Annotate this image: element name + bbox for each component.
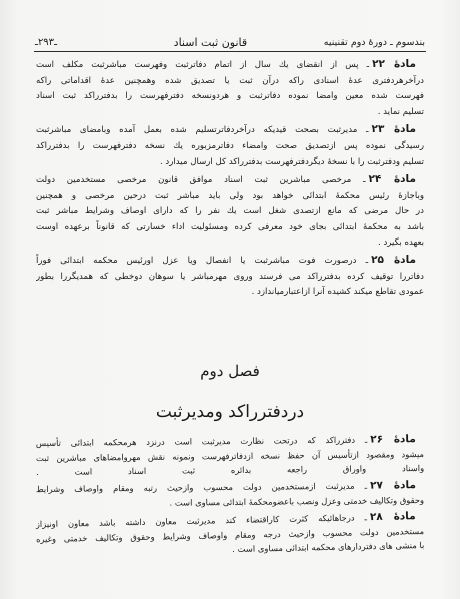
article-text-line: ـ مدیرثبت بصحت قیدیکه درآخردفاترتسلیم شد…: [36, 125, 369, 135]
article-text-line: ـ پس از انقضای یك سال از اتمام دفاترثبت …: [36, 60, 369, 70]
chapter-number: فصل دوم: [0, 362, 460, 388]
header-law-title: قانون ثبت اسناد: [174, 36, 247, 49]
article-text-line: باشد به محکمهٔ ابتدائی بجای خود معرفی کر…: [36, 220, 424, 236]
articles-section-top: مادهٔ ۲۲ـ پس از انقضای یك سال از اتمام د…: [36, 57, 424, 303]
article-text-line: درآخرهردفتری عدهٔ اسنادی راکه درآن ثبت ی…: [36, 74, 424, 90]
article-label: مادهٔ ۲۵: [371, 254, 424, 266]
article-text-line: ـ درصورت فوت مباشرثبت یا انفصال ویا عزل …: [36, 256, 368, 266]
article-text-line: تسلیم نماید .: [36, 105, 424, 121]
article-text-line: رسیدگی نموده پس ازتصدیق صحت وامضاء دفاتر…: [36, 139, 424, 155]
article-text-line: ـ مرخصی مباشرین ثبت اسناد موافق قانون مر…: [36, 175, 366, 185]
article-text-line: تسلیم ودفترثبت را با نسخهٔ دیگردفترفهرست…: [36, 155, 424, 171]
article-text-line: وباجازهٔ رئیس محکمهٔ ابتدائی خواهد بود و…: [36, 189, 424, 205]
article-text-line: بعهده بگیرد .: [36, 236, 424, 252]
running-header: بندسوم ـ دورهٔ دوم تقنینیه قانون ثبت اسن…: [35, 34, 425, 50]
page-number: ـ۲۹۳ـ: [35, 37, 57, 48]
articles-section-bottom: مادهٔ ۲۶ـ دفترراکد که درتحت نظارت مدیرثب…: [36, 432, 424, 555]
article-26: مادهٔ ۲۶ـ دفترراکد که درتحت نظارت مدیرثب…: [36, 432, 424, 480]
article-24: مادهٔ ۲۴ـ مرخصی مباشرین ثبت اسناد موافق …: [36, 172, 424, 251]
chapter-title: دردفترراکد ومدیرثبت: [0, 402, 460, 422]
article-text-line: فهرست شده معین وامضا نموده دفاترثبت و هر…: [36, 89, 424, 105]
article-text-line: ـ مدیرثبت ازمستخدمین دولت محسوب وازحیث ر…: [36, 480, 367, 493]
article-text-line: واسناد واوراق راجعه بدائره ثبت اسناد است…: [36, 461, 424, 480]
article-label: مادهٔ ۲۶: [370, 433, 424, 446]
article-text-line: در حال مرضی که مانع ازتصدی شغل است یك نف…: [36, 204, 424, 220]
article-22: مادهٔ ۲۲ـ پس از انقضای یك سال از اتمام د…: [36, 57, 424, 120]
document-page: بندسوم ـ دورهٔ دوم تقنینیه قانون ثبت اسن…: [0, 0, 460, 599]
article-label: مادهٔ ۲۷: [370, 479, 424, 492]
article-27: مادهٔ ۲۷ـ مدیرثبت ازمستخدمین دولت محسوب …: [36, 478, 424, 511]
chapter-heading: فصل دوم دردفترراکد ومدیرثبت: [0, 362, 460, 422]
article-28: مادهٔ ۲۸ـ درجاهائیکه کثرت کاراقتضاء کند …: [36, 509, 425, 561]
header-divider: [34, 51, 426, 52]
article-text-line: دفاتررا توقیف کرده بدفترراکد می فرستد ور…: [36, 270, 424, 286]
article-label: مادهٔ ۲۴: [369, 173, 425, 185]
article-label: مادهٔ ۲۲: [372, 58, 424, 70]
header-volume-label: بندسوم ـ دورهٔ دوم تقنینیه: [324, 37, 425, 48]
article-label: مادهٔ ۲۸: [370, 510, 424, 523]
article-25: مادهٔ ۲۵ـ درصورت فوت مباشرثبت یا انفصال …: [36, 253, 424, 301]
article-text-line: ـ دفترراکد که درتحت نظارت مدیرثبت است در…: [36, 435, 368, 448]
article-23: مادهٔ ۲۳ـ مدیرثبت بصحت قیدیکه درآخردفاتر…: [36, 122, 424, 170]
article-label: مادهٔ ۲۳: [372, 123, 424, 135]
article-text-line: عمودی تقاطع میکند کشیده آنرا ازاعتبارمیا…: [36, 285, 424, 301]
